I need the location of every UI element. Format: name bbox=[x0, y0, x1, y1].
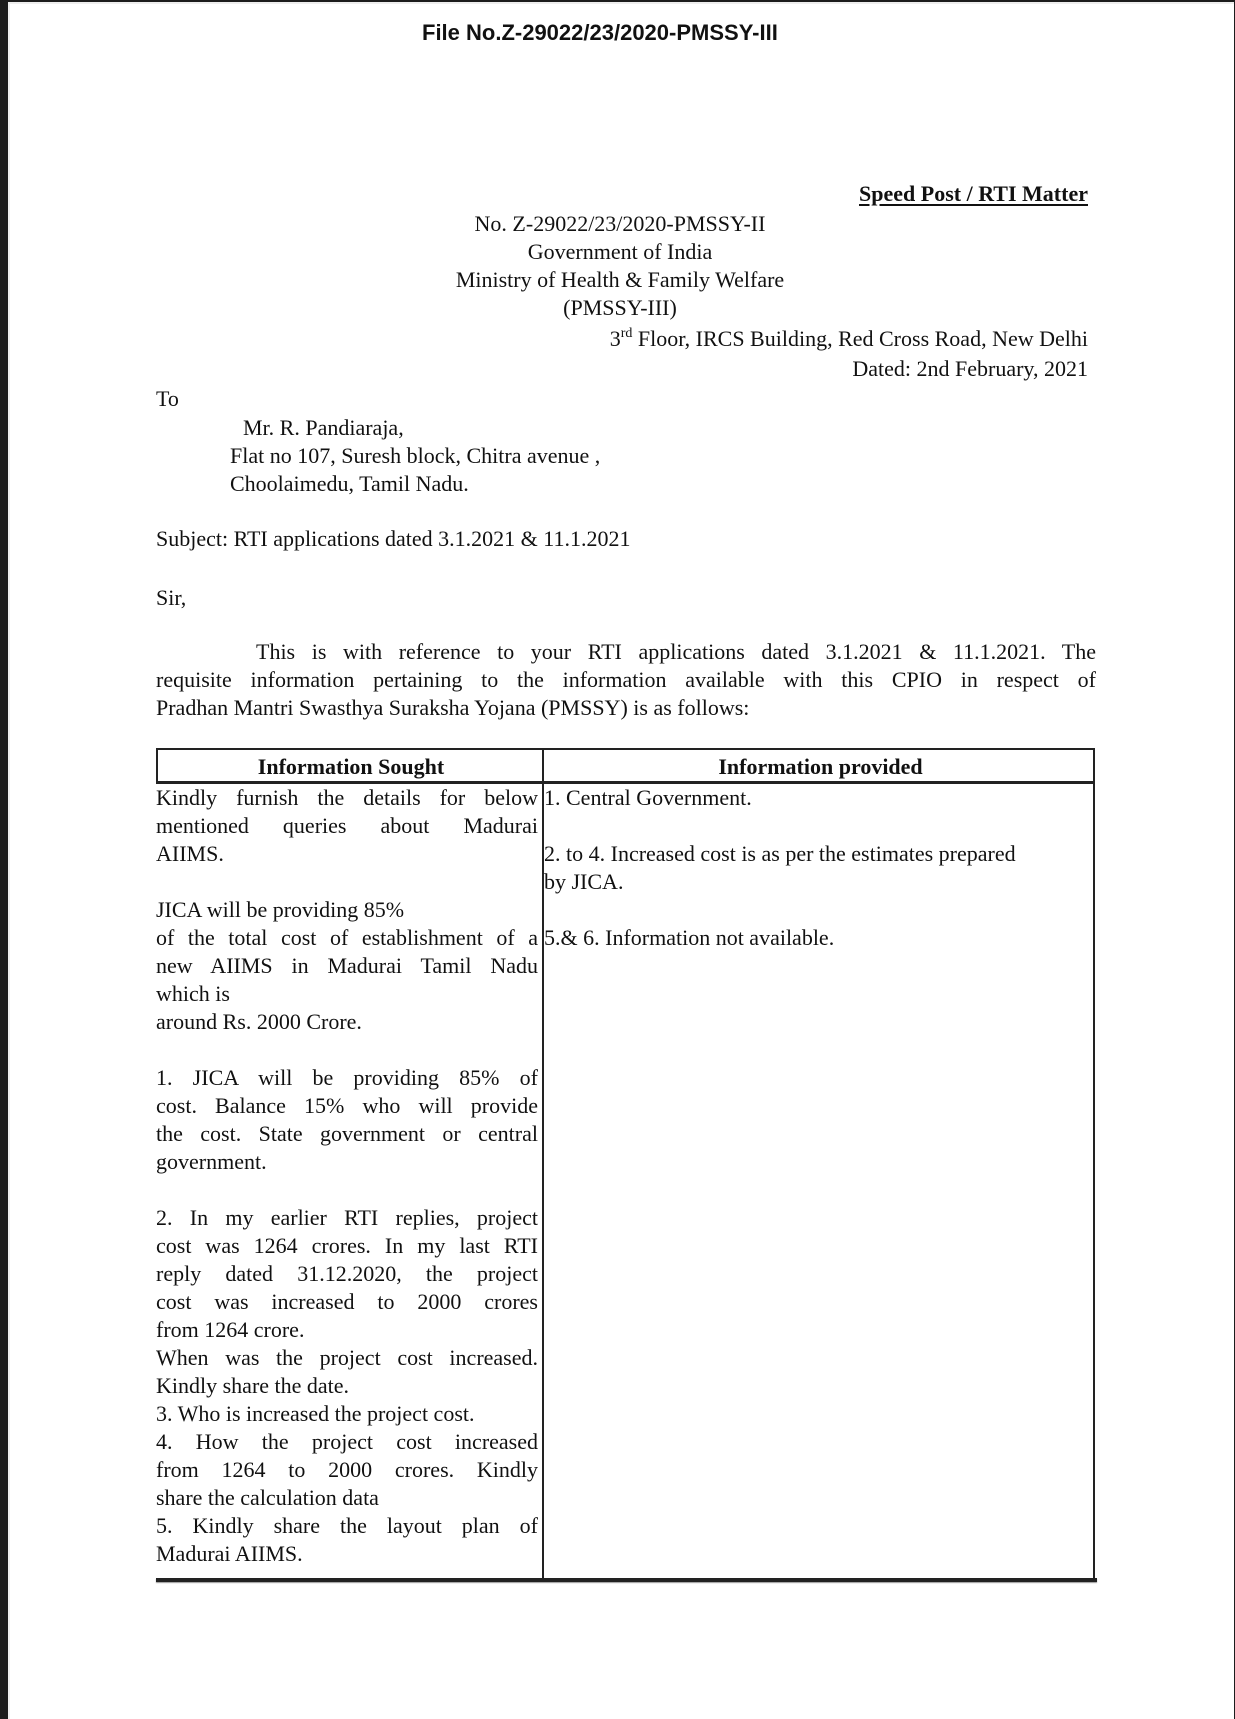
sought-line: reply dated 31.12.2020, the project bbox=[156, 1260, 538, 1288]
floor-suffix: rd bbox=[621, 326, 633, 341]
sought-line: mentioned queries about Madurai bbox=[156, 812, 538, 840]
sought-line: cost was 1264 crores. In my last RTI bbox=[156, 1232, 538, 1260]
blank-line bbox=[156, 1036, 538, 1064]
document-page: File No.Z-29022/23/2020-PMSSY-III Speed … bbox=[8, 2, 1234, 1719]
header-information-provided: Information provided bbox=[546, 750, 1095, 783]
blank-line bbox=[544, 812, 1092, 840]
recipient-address-line2: Choolaimedu, Tamil Nadu. bbox=[230, 470, 469, 498]
sought-line: around Rs. 2000 Crore. bbox=[156, 1008, 538, 1036]
ministry-name: Ministry of Health & Family Welfare bbox=[415, 266, 825, 294]
sought-line: share the calculation data bbox=[156, 1484, 538, 1512]
blank-line bbox=[544, 896, 1092, 924]
sought-line: cost. Balance 15% who will provide bbox=[156, 1092, 538, 1120]
sought-line: Madurai AIIMS. bbox=[156, 1540, 538, 1568]
sought-line: When was the project cost increased. bbox=[156, 1344, 538, 1372]
sought-line: 3. Who is increased the project cost. bbox=[156, 1400, 538, 1428]
sought-line: from 1264 to 2000 crores. Kindly bbox=[156, 1456, 538, 1484]
sought-line: new AIIMS in Madurai Tamil Nadu bbox=[156, 952, 538, 980]
division-name: (PMSSY-III) bbox=[415, 294, 825, 322]
sought-line: Kindly furnish the details for below bbox=[156, 784, 538, 812]
provided-line: by JICA. bbox=[544, 868, 1092, 896]
sought-line: AIIMS. bbox=[156, 840, 538, 868]
sought-line: government. bbox=[156, 1148, 538, 1176]
salutation: Sir, bbox=[156, 585, 186, 611]
sought-line: from 1264 crore. bbox=[156, 1316, 538, 1344]
information-provided-cell: 1. Central Government.2. to 4. Increased… bbox=[544, 784, 1092, 952]
body-line: requisite information pertaining to the … bbox=[156, 666, 1096, 694]
recipient-address-line1: Flat no 107, Suresh block, Chitra avenue… bbox=[230, 442, 600, 470]
provided-line: 2. to 4. Increased cost is as per the es… bbox=[544, 840, 1092, 868]
table-header-row: Information Sought Information provided bbox=[156, 748, 1095, 784]
body-line: Pradhan Mantri Swasthya Suraksha Yojana … bbox=[156, 694, 1096, 722]
header-information-sought: Information Sought bbox=[158, 750, 544, 783]
reference-number: No. Z-29022/23/2020-PMSSY-II bbox=[415, 210, 825, 238]
office-address: 3rd Floor, IRCS Building, Red Cross Road… bbox=[610, 326, 1088, 352]
table-right-border bbox=[1093, 748, 1095, 1580]
government-name: Government of India bbox=[415, 238, 825, 266]
to-label: To bbox=[156, 386, 179, 412]
sought-line: of the total cost of establishment of a bbox=[156, 924, 538, 952]
file-number-header: File No.Z-29022/23/2020-PMSSY-III bbox=[422, 20, 778, 46]
information-sought-cell: Kindly furnish the details for belowment… bbox=[156, 784, 538, 1568]
provided-line: 5.& 6. Information not available. bbox=[544, 924, 1092, 952]
sought-line: 5. Kindly share the layout plan of bbox=[156, 1512, 538, 1540]
sought-line: 1. JICA will be providing 85% of bbox=[156, 1064, 538, 1092]
letterhead: No. Z-29022/23/2020-PMSSY-II Government … bbox=[415, 210, 825, 322]
body-line: This is with reference to your RTI appli… bbox=[156, 638, 1096, 666]
table-bottom-border bbox=[156, 1578, 1097, 1582]
floor-number: 3 bbox=[610, 326, 621, 351]
sought-line: 4. How the project cost increased bbox=[156, 1428, 538, 1456]
blank-line bbox=[156, 868, 538, 896]
speed-post-label: Speed Post / RTI Matter bbox=[859, 181, 1088, 207]
blank-line bbox=[156, 1176, 538, 1204]
letter-date: Dated: 2nd February, 2021 bbox=[852, 356, 1088, 382]
provided-line: 1. Central Government. bbox=[544, 784, 1092, 812]
information-table: Information Sought Information provided … bbox=[156, 748, 1097, 1582]
sought-line: cost was increased to 2000 crores bbox=[156, 1288, 538, 1316]
subject-line: Subject: RTI applications dated 3.1.2021… bbox=[156, 526, 630, 552]
sought-line: which is bbox=[156, 980, 538, 1008]
sought-line: the cost. State government or central bbox=[156, 1120, 538, 1148]
body-paragraph: This is with reference to your RTI appli… bbox=[156, 638, 1096, 722]
sought-line: Kindly share the date. bbox=[156, 1372, 538, 1400]
recipient-name: Mr. R. Pandiaraja, bbox=[243, 414, 404, 442]
sought-line: JICA will be providing 85% bbox=[156, 896, 538, 924]
address-text: Floor, IRCS Building, Red Cross Road, Ne… bbox=[632, 326, 1088, 351]
sought-line: 2. In my earlier RTI replies, project bbox=[156, 1204, 538, 1232]
